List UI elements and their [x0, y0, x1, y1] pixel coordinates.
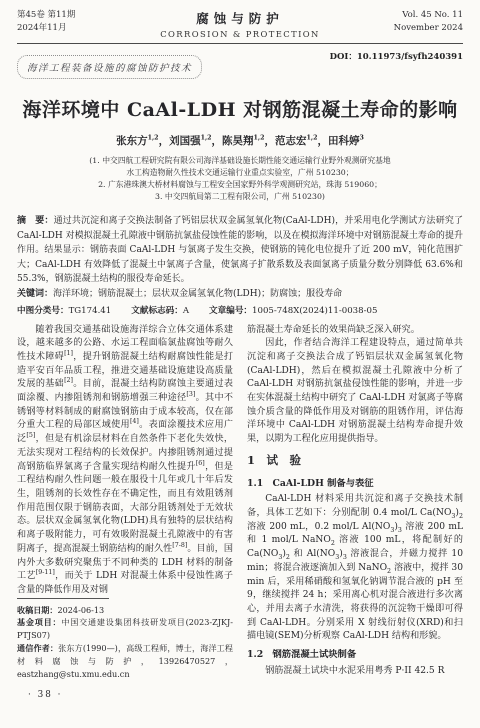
abstract-text: 通过共沉淀和离子交换法制备了钙铝层状双金属氢氧化物(CaAl-LDH)，并采用电…: [17, 216, 463, 284]
volume-issue-cn: 第45卷 第11期: [17, 9, 129, 22]
document-code: 文献标志码：A: [131, 304, 189, 316]
banner-row: 海洋工程装备设施的腐蚀防护技术 DOI：10.11973/fsyfh240391: [17, 50, 463, 86]
article-number: 文章编号：1005-748X(2024)11-0038-05: [209, 304, 377, 316]
date-cn: 2024年11月: [17, 22, 129, 35]
right-column: 筋混凝土寿命延长的效果尚缺乏深入研究。 因此，作者结合海洋工程建设特点，通过简单…: [247, 324, 463, 704]
purpose-paragraph: 因此，作者结合海洋工程建设特点，通过简单共沉淀和离子交换法合成了钙铝层状双金属氢…: [247, 337, 463, 447]
abstract-label: 摘 要：: [17, 216, 54, 226]
intro-paragraph: 随着我国交通基础设施海洋综合立体交通体系建设，越来越多的公路、水运工程面临氯盐腐…: [17, 324, 233, 598]
section-1-1-paragraph: CaAl-LDH 材料采用共沉淀和离子交换技术制备，具体工艺如下：分别配制 0.…: [247, 493, 463, 644]
journal-masthead: 第45卷 第11期 2024年11月 腐蚀与防护 CORROSION & PRO…: [17, 9, 463, 39]
keywords-label: 关键词：: [17, 289, 53, 299]
keywords-text: 海洋环境；钢筋混凝土；层状双金属氢氧化物(LDH)；防腐蚀；服役寿命: [53, 289, 342, 299]
section-1-heading: 1 试 验: [247, 454, 463, 468]
paper-page: 第45卷 第11期 2024年11月 腐蚀与防护 CORROSION & PRO…: [0, 0, 480, 728]
section-1-1-heading: 1.1 CaAl-LDH 制备与表征: [247, 477, 463, 491]
keywords-line: 关键词：海洋环境；钢筋混凝土；层状双金属氢氧化物(LDH)；防腐蚀；服役寿命: [17, 287, 463, 302]
affiliation-line: (1. 中交四航工程研究院有限公司海洋基础设施长期性能交通运输行业野外观测研究基…: [17, 155, 463, 167]
journal-title-en: CORROSION & PROTECTION: [129, 29, 351, 39]
left-column: 随着我国交通基础设施海洋综合立体交通体系建设，越来越多的公路、水运工程面临氯盐腐…: [17, 324, 233, 704]
section-1-2-paragraph: 钢筋混凝土试块中水泥采用粤秀 P·II 42.5 R: [247, 665, 463, 679]
section-1-2-heading: 1.2 钢筋混凝土试块制备: [247, 648, 463, 662]
footnote-received: 收稿日期：2024-06-13: [17, 604, 233, 617]
author-list: 张东方1,2，刘国强1,2，陈昊翔1,2，范志宏1,2，田科婷3: [17, 133, 463, 148]
doi-text: DOI：10.11973/fsyfh240391: [330, 50, 463, 62]
date-en: November 2024: [351, 22, 463, 35]
affiliation-line: 3. 中交四航局第二工程有限公司，广州 510230): [17, 191, 463, 203]
footnote-separator: [17, 598, 109, 599]
affiliations: (1. 中交四航工程研究院有限公司海洋基础设施长期性能交通运输行业野外观测研究基…: [17, 155, 463, 203]
footnote-fund: 基金项目：中国交通建设集团科技研发项目(2023-ZJKJ-PTJS07): [17, 616, 233, 642]
journal-title-cn: 腐蚀与防护: [129, 9, 351, 27]
footnote-corresponding-author: 通信作者：张东方(1990—)，高级工程师，博士，海洋工程材料腐蚀与防护，139…: [17, 642, 233, 680]
masthead-divider: [17, 43, 463, 44]
journal-title-block: 腐蚀与防护 CORROSION & PROTECTION: [129, 9, 351, 39]
special-column-banner: 海洋工程装备设施的腐蚀防护技术: [17, 55, 202, 79]
affiliation-line: 2. 广东港珠澳大桥材料腐蚀与工程安全国家野外科学观测研究站，珠海 519060…: [17, 179, 463, 191]
clc-number: 中图分类号：TG174.41: [17, 304, 111, 316]
volume-issue-en: Vol. 45 No. 11: [351, 9, 463, 22]
volume-info-cn: 第45卷 第11期 2024年11月: [17, 9, 129, 35]
footnote-block: 收稿日期：2024-06-13 基金项目：中国交通建设集团科技研发项目(2023…: [17, 598, 233, 681]
abstract-paragraph: 摘 要：通过共沉淀和离子交换法制备了钙铝层状双金属氢氧化物(CaAl-LDH)，…: [17, 214, 463, 287]
article-title: 海洋环境中 CaAl-LDH 对钢筋混凝土寿命的影响: [17, 95, 463, 122]
two-column-body: 随着我国交通基础设施海洋综合立体交通体系建设，越来越多的公路、水运工程面临氯盐腐…: [17, 324, 463, 704]
volume-info-en: Vol. 45 No. 11 November 2024: [351, 9, 463, 35]
page-number: · 38 ·: [17, 689, 233, 703]
intro-paragraph-continuation: 筋混凝土寿命延长的效果尚缺乏深入研究。: [247, 324, 463, 338]
affiliation-line: 水工构造物耐久性技术交通运输行业重点实验室，广州 510230；: [17, 167, 463, 179]
classification-line: 中图分类号：TG174.41 文献标志码：A 文章编号：1005-748X(20…: [17, 304, 463, 316]
